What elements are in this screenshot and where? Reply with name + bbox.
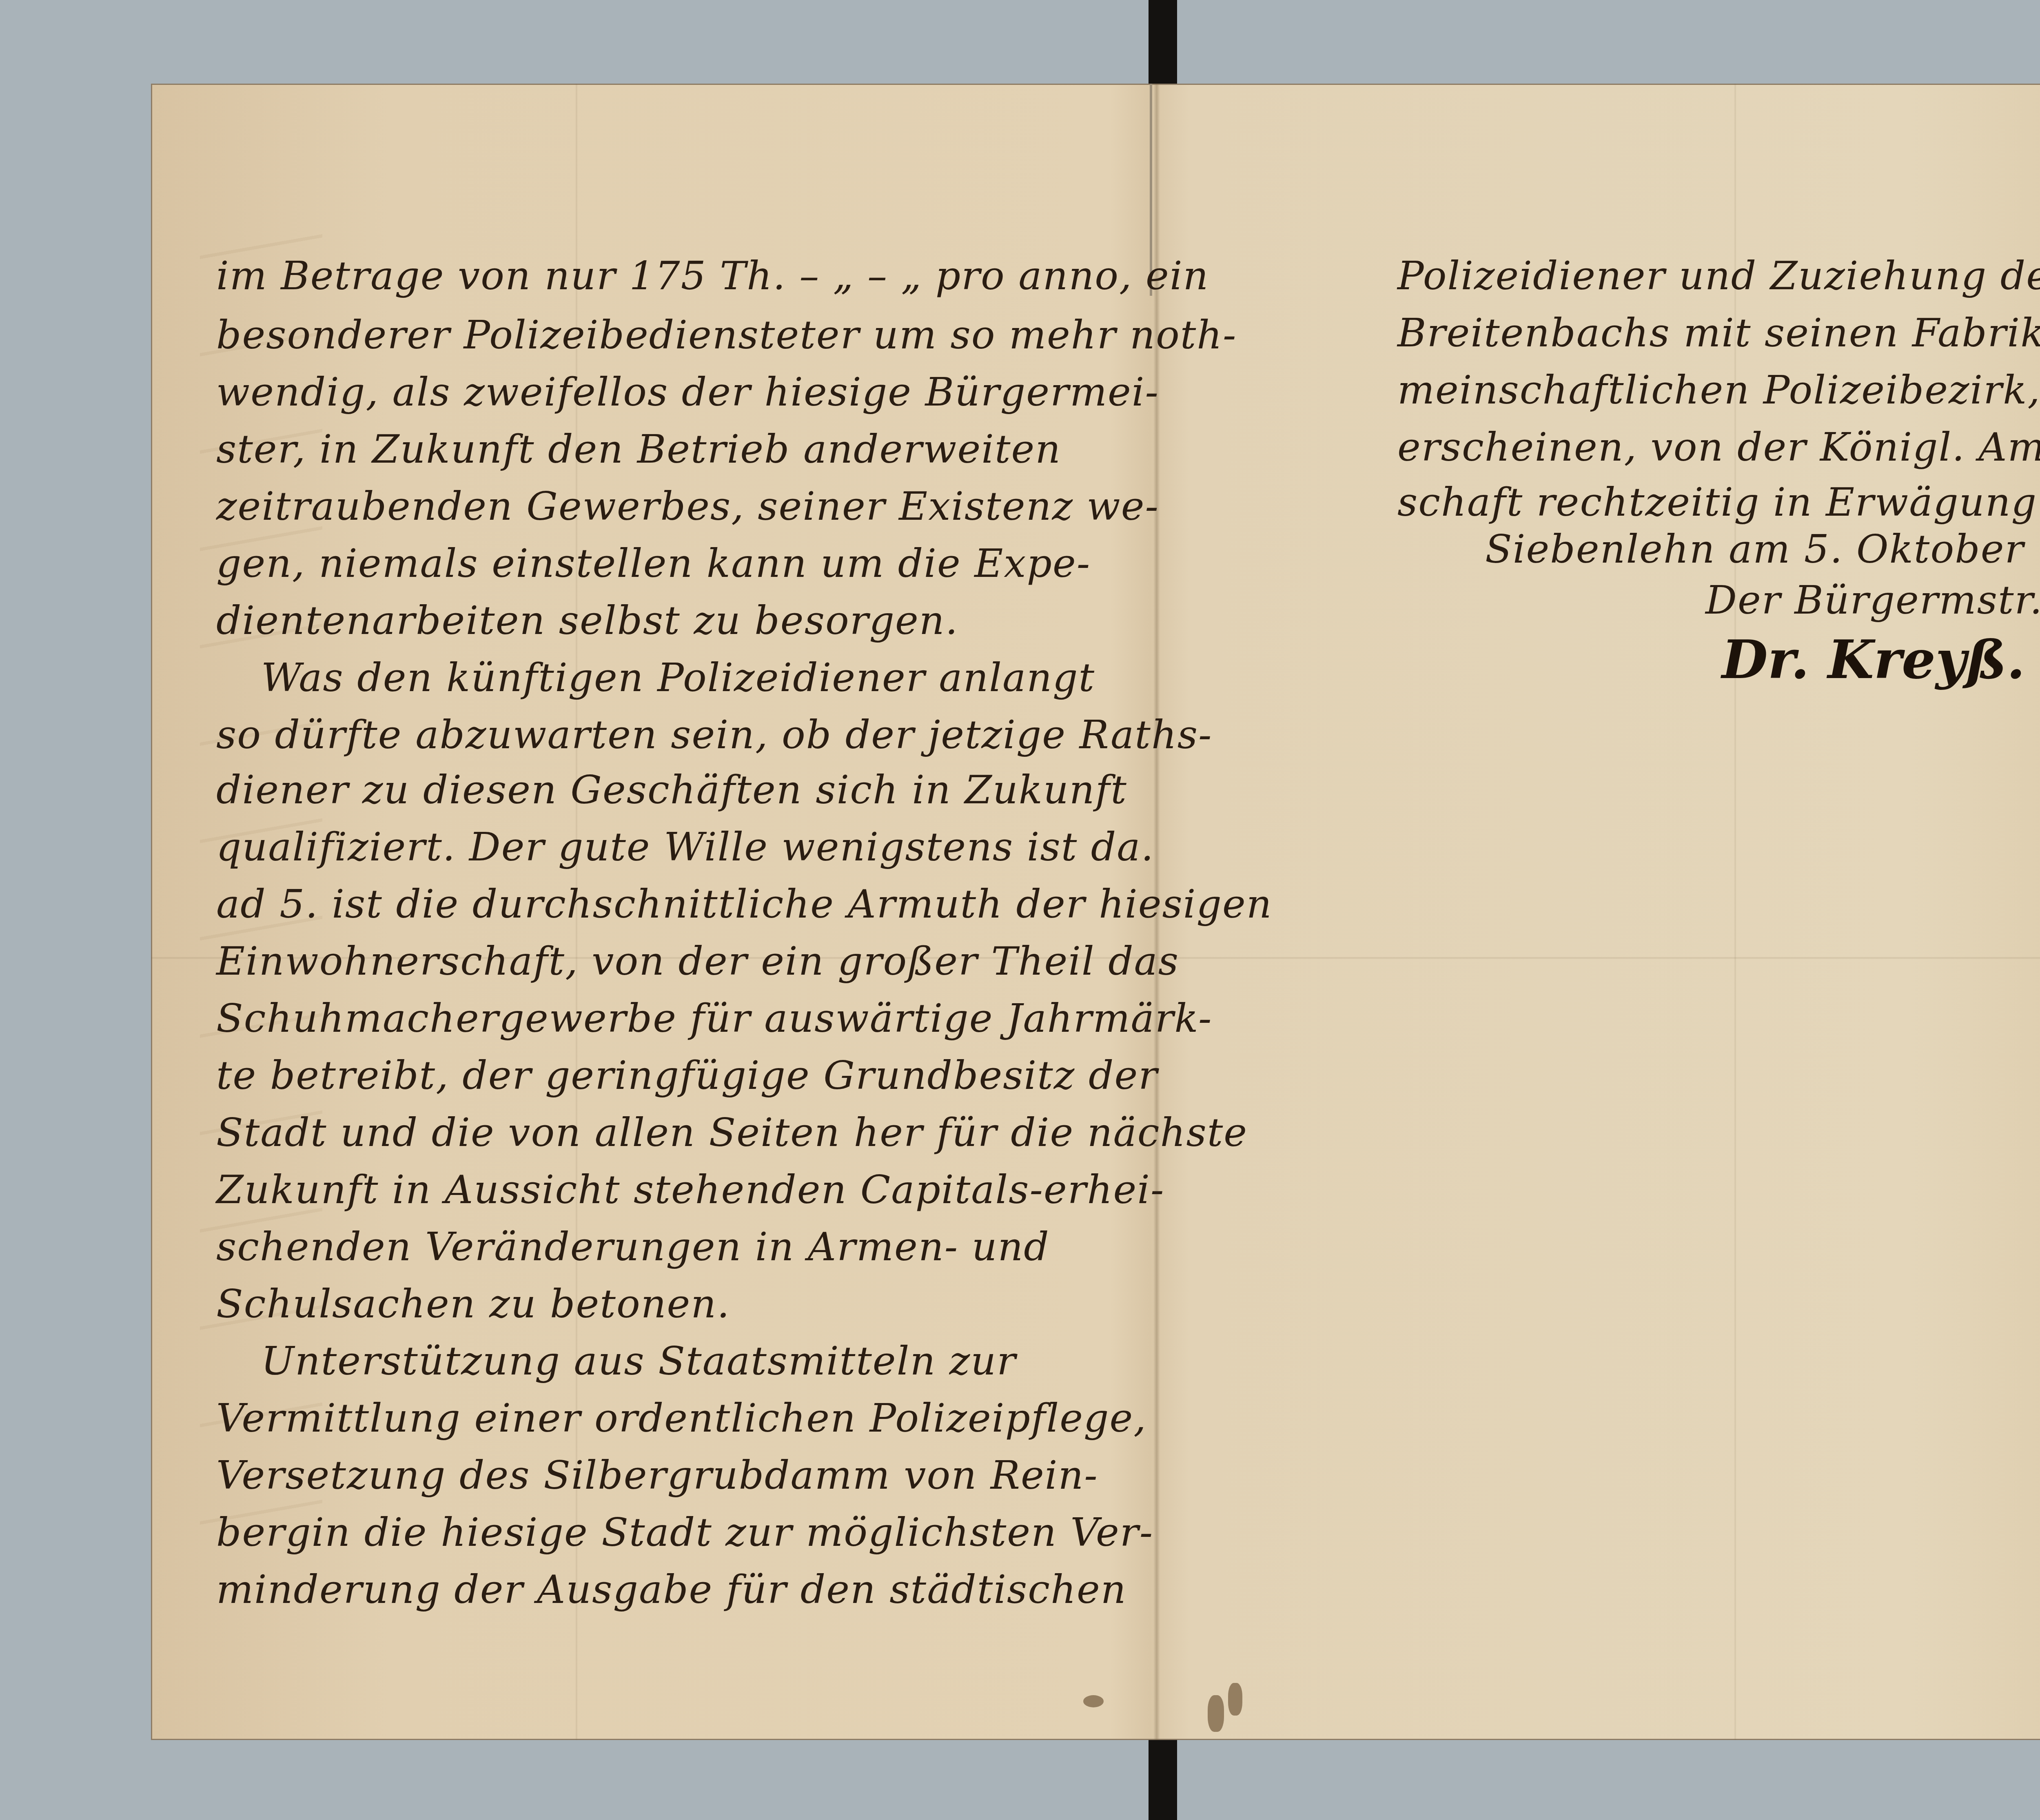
- text-line: gen, niemals einstellen kann um die Expe…: [216, 541, 1091, 586]
- paragraph-start-line: Was den künftigen Polizeidiener anlangt: [261, 655, 1095, 701]
- text-line: Vermittlung einer ordentlichen Polizeipf…: [216, 1395, 1147, 1441]
- text-line: Breitenbachs mit seinen Fabriken zu eine…: [1397, 310, 2040, 356]
- text-line: schaft rechtzeitig in Erwägung gezogen z…: [1397, 479, 2040, 525]
- text-line: ad 5. ist die durchschnittliche Armuth d…: [216, 881, 1273, 927]
- text-line: bergin die hiesige Stadt zur möglichsten…: [216, 1510, 1153, 1555]
- text-line: Polizeidiener und Zuziehung des benachba…: [1397, 253, 2040, 299]
- paragraph-start-line: Unterstützung aus Staatsmitteln zur: [261, 1338, 1016, 1384]
- text-line: so dürfte abzuwarten sein, ob der jetzig…: [216, 712, 1212, 758]
- text-line: minderung der Ausgabe für den städtische…: [216, 1567, 1127, 1612]
- text-line: schenden Veränderungen in Armen- und: [216, 1224, 1050, 1270]
- ink-stain: [1083, 1695, 1104, 1707]
- ink-stain: [1208, 1695, 1224, 1732]
- text-line: meinschaftlichen Polizeibezirk, dürften …: [1397, 367, 2040, 413]
- closing-line: Der Bürgermstr. allda: [1705, 577, 2040, 623]
- text-line: Schuhmachergewerbe für auswärtige Jahrmä…: [216, 995, 1212, 1041]
- text-line: qualifiziert. Der gute Wille wenigstens …: [216, 824, 1154, 870]
- text-line: Stadt und die von allen Seiten her für d…: [216, 1110, 1248, 1155]
- text-line: besonderer Polizeibediensteter um so meh…: [216, 312, 1237, 358]
- text-line: zeitraubenden Gewerbes, seiner Existenz …: [216, 483, 1159, 529]
- text-line: im Betrage von nur 175 Th. – „ – „ pro a…: [216, 253, 1209, 299]
- text-line: Einwohnerschaft, von der ein großer Thei…: [216, 938, 1179, 984]
- text-line: te betreibt, der geringfügige Grundbesit…: [216, 1053, 1158, 1098]
- text-line: diener zu diesen Geschäften sich in Zuku…: [216, 767, 1127, 813]
- text-line: ster, in Zukunft den Betrieb anderweiten: [216, 426, 1061, 472]
- text-line: dientenarbeiten selbst zu besorgen.: [216, 598, 958, 643]
- signature: Dr. Kreyß.: [1722, 628, 2025, 691]
- place-date-line: Siebenlehn am 5. Oktober 1874.: [1485, 526, 2040, 572]
- text-line: wendig, als zweifellos der hiesige Bürge…: [216, 369, 1159, 415]
- ink-stain: [1228, 1683, 1242, 1716]
- text-line: Versetzung des Silbergrubdamm von Rein-: [216, 1452, 1098, 1498]
- text-line: Zukunft in Aussicht stehenden Capitals-e…: [216, 1167, 1164, 1213]
- text-line: Schulsachen zu betonen.: [216, 1281, 730, 1327]
- text-line: erscheinen, von der Königl. Amtshauptman…: [1397, 424, 2040, 470]
